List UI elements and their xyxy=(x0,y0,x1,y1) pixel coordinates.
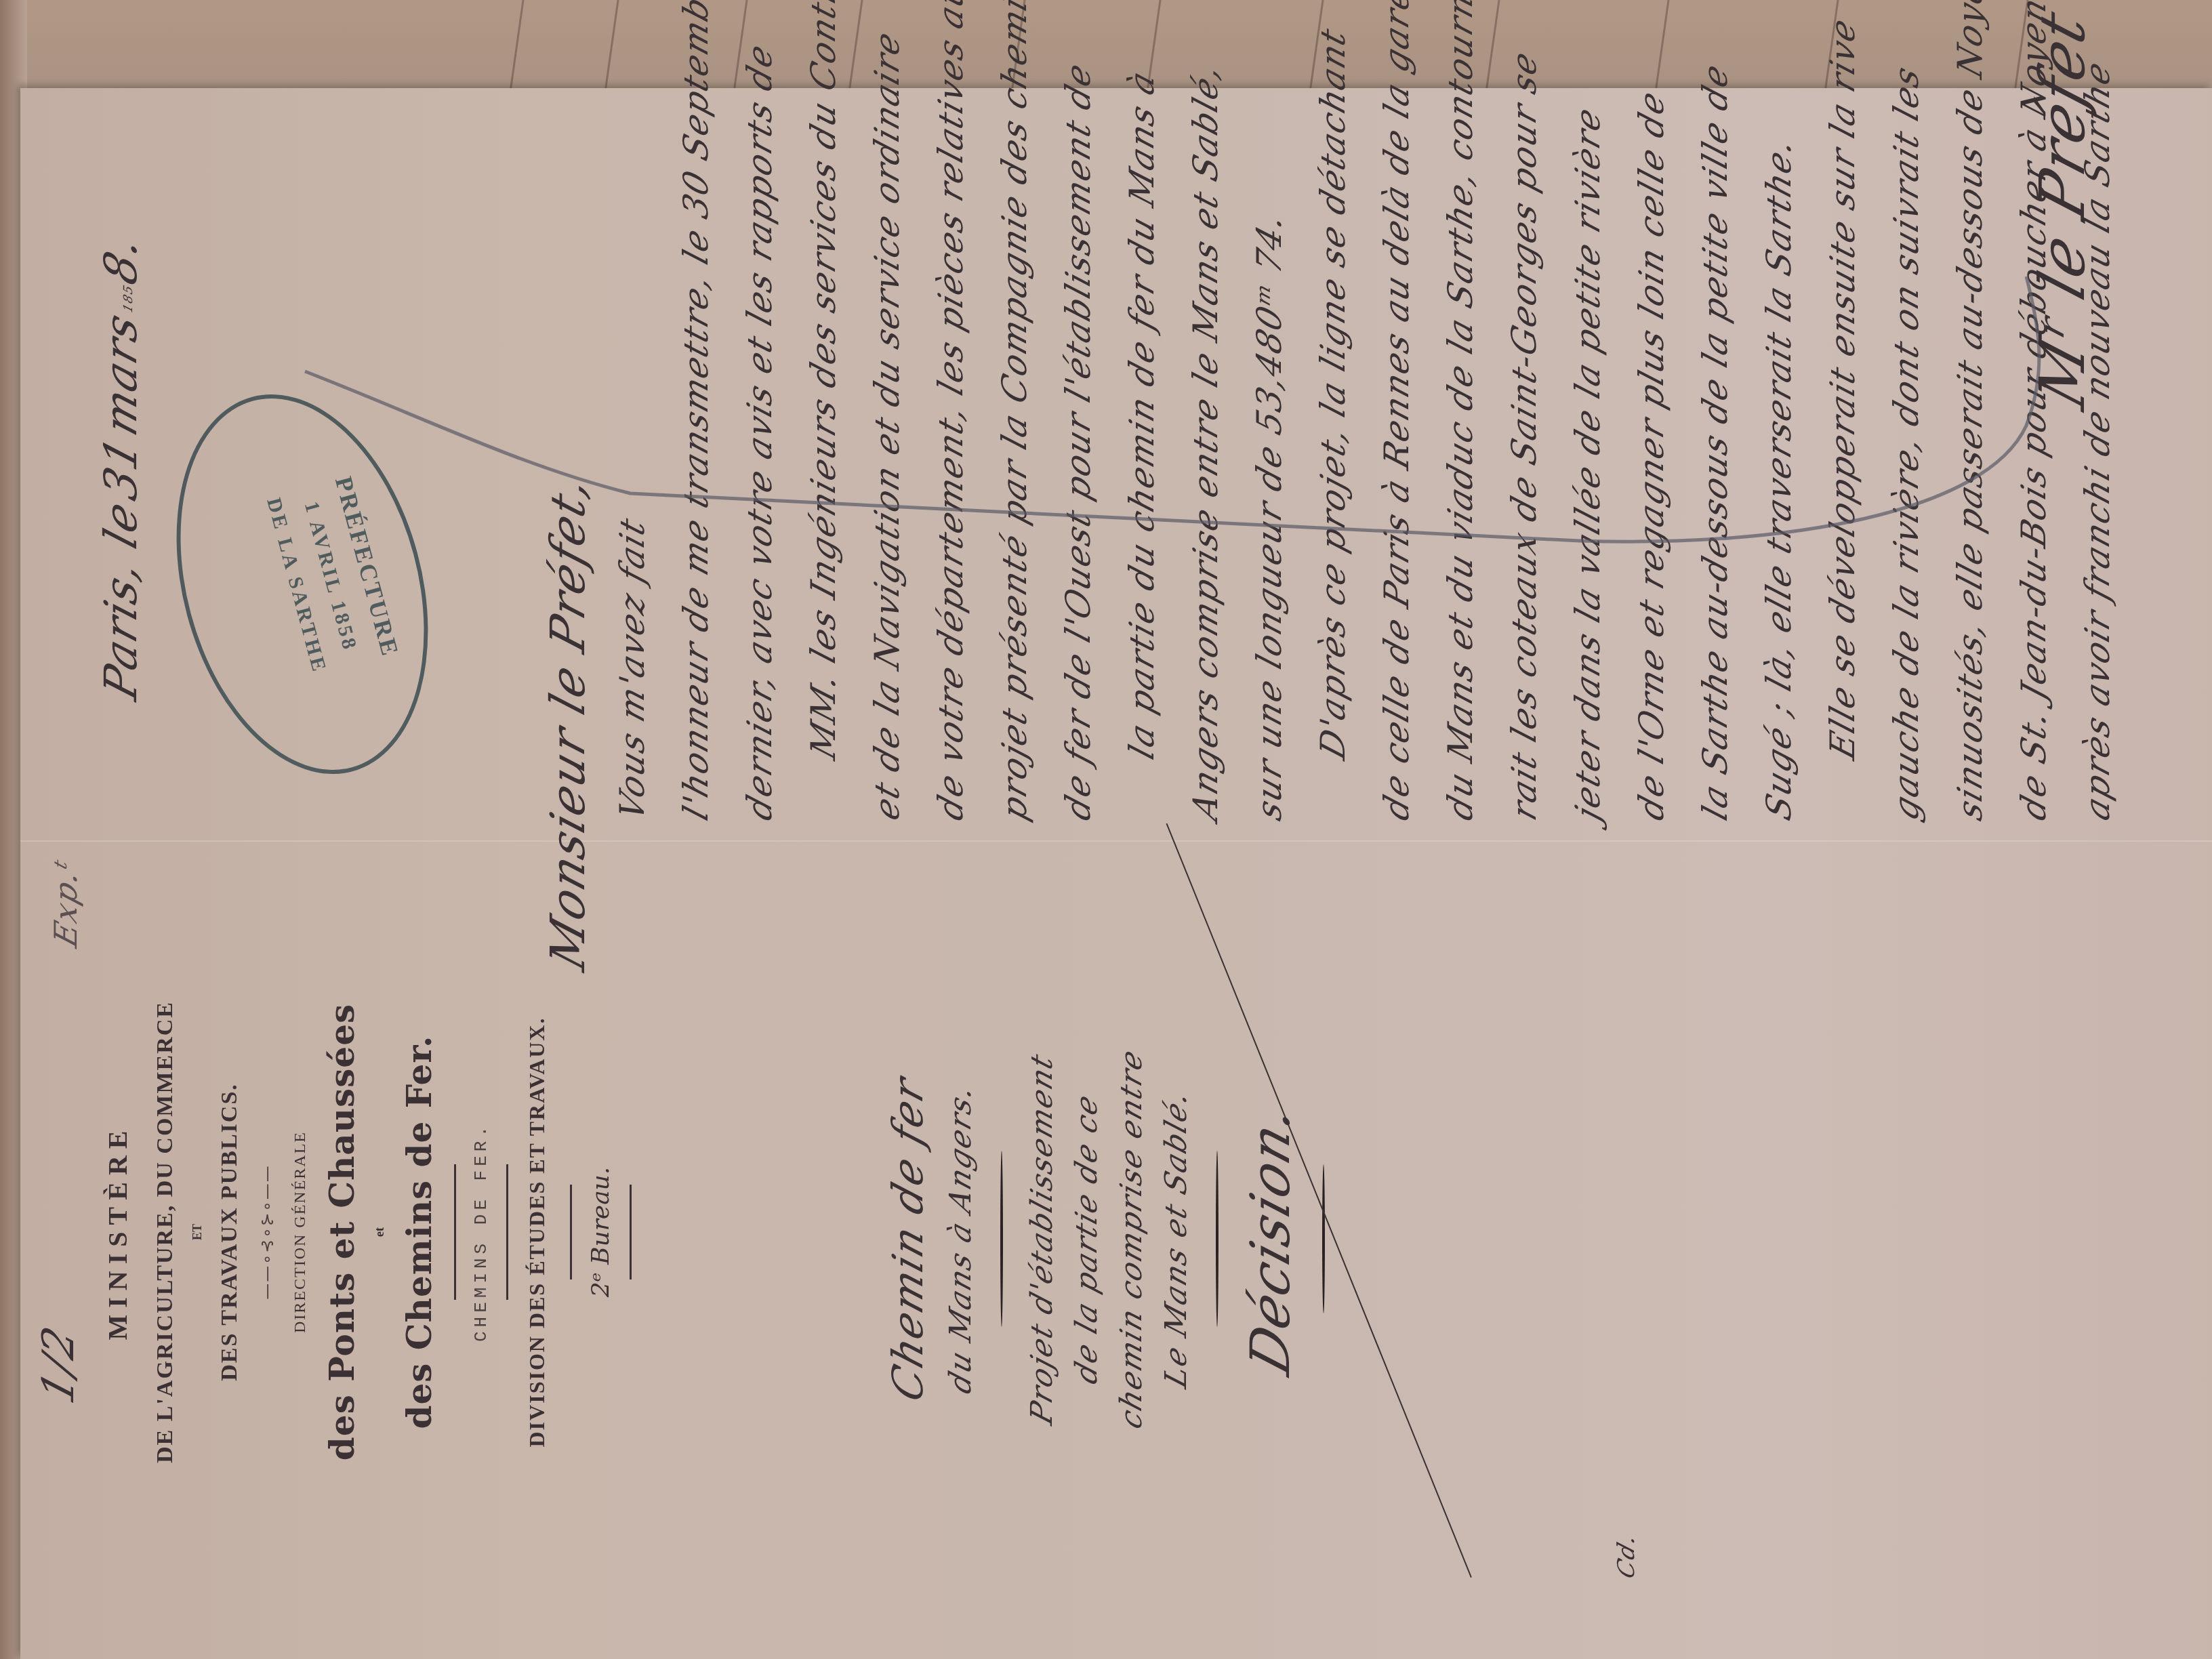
folio-number: 1/2 xyxy=(34,1319,84,1410)
divider xyxy=(1322,1164,1325,1313)
direction-line-2: des Chemins de Fer. xyxy=(399,859,439,1605)
letterhead: MINISTÈRE DE L'AGRICULTURE, DU COMMERCE … xyxy=(102,859,647,1605)
direction-label: DIRECTION GÉNÉRALE xyxy=(291,859,310,1605)
prefecture-stamp: PRÉFECTURE 1 AVRIL 1858 DE LA SARTHE xyxy=(137,366,468,802)
divider xyxy=(1216,1151,1218,1327)
body-line: dernier, avec votre avis et les rapports… xyxy=(728,90,792,829)
recipient-address: Mʳ le Préfet de la Sarthe. xyxy=(2026,0,2099,417)
body-line: Sugé ; là, elle traverserait la Sarthe. xyxy=(1747,90,1811,829)
subject-subtitle: du Mans à Angers. xyxy=(942,894,980,1584)
body-line: du Mans et du viaduc de la Sarthe, conto… xyxy=(1429,90,1492,829)
divider xyxy=(506,1164,508,1300)
bleed-through-ink xyxy=(602,0,619,102)
body-line: et de la Navigation et du service ordina… xyxy=(855,90,919,829)
date-year-prefix: 185 xyxy=(121,283,136,314)
body-line: sur une longueur de 53,480ᵐ 74. xyxy=(1237,90,1301,829)
body-line: Elle se développerait ensuite sur la riv… xyxy=(1811,90,1875,829)
ministry-line-2: DES TRAVAUX PUBLICS. xyxy=(217,859,243,1605)
body-line: de celle de Paris à Rennes au delà de la… xyxy=(1365,90,1429,829)
rotated-letter: 1/2 MINISTÈRE DE L'AGRICULTURE, DU COMME… xyxy=(20,88,2212,1659)
bleed-through-ink xyxy=(1483,0,1500,102)
bleed-through-ink xyxy=(508,0,524,102)
project-line: Le Mans et Sablé. xyxy=(1158,894,1195,1584)
subject-title: Chemin de fer xyxy=(881,891,935,1586)
body-line: la partie du chemin de fer du Mans à xyxy=(1110,90,1174,829)
body-line: gauche de la rivière, dont on suivrait l… xyxy=(1875,90,1938,829)
divider xyxy=(1000,1151,1003,1327)
date-month: mars xyxy=(95,306,147,442)
project-line: Projet d'établissement xyxy=(1023,894,1061,1584)
margin-subject: Chemin de fer du Mans à Angers. Projet d… xyxy=(881,900,1345,1578)
ministry-line-1: DE L'AGRICULTURE, DU COMMERCE xyxy=(152,859,178,1605)
body-line: de votre département, les pièces relativ… xyxy=(919,90,983,829)
body-line: l'honneur de me transmettre, le 30 Septe… xyxy=(664,90,728,829)
project-line: de la partie de ce xyxy=(1068,894,1106,1584)
direction-line-1: des Ponts et Chaussées xyxy=(322,859,362,1605)
expedition-annotation: Exp.ᵗ xyxy=(47,855,84,951)
ornament-divider: ——∘⊰∘⊱∘—— xyxy=(258,859,276,1605)
body-line: Angers comprise entre le Mans et Sablé, xyxy=(1174,90,1237,829)
direction-et: et xyxy=(373,859,387,1605)
body-line: projet présenté par la Compagnie des che… xyxy=(983,90,1046,829)
signoff-initials: Cd. xyxy=(1613,1530,1640,1582)
underlying-page xyxy=(0,0,2212,102)
date-day: 31 xyxy=(95,430,147,506)
decision-heading: Décision. xyxy=(1239,890,1302,1588)
salutation: Monsieur le Préfet, xyxy=(535,89,600,978)
body-line: Vous m'avez fait xyxy=(600,90,664,829)
date-place: Paris, le xyxy=(95,494,147,705)
body-line: D'après ce projet, la ligne se détachant xyxy=(1301,90,1365,829)
body-line: MM. les Ingénieurs des services du Contr… xyxy=(792,90,855,829)
divider xyxy=(454,1164,456,1300)
body-line: la Sarthe au-dessous de la petite ville … xyxy=(1683,90,1747,829)
body-line: jeter dans la vallée de la petite rivièr… xyxy=(1556,90,1620,829)
dateline: Paris, le 31 mars 1858. xyxy=(95,228,147,705)
body-line: rait les coteaux de Saint-Georges pour s… xyxy=(1492,90,1556,829)
division-label: DIVISION DES ÉTUDES ET TRAVAUX. xyxy=(525,859,550,1605)
date-year-suffix: 8. xyxy=(95,228,147,291)
body-line: de fer de l'Ouest pour l'établissement d… xyxy=(1046,90,1110,829)
ministry-heading: MINISTÈRE xyxy=(102,859,134,1605)
body-line: sinuosités, elle passerait au-dessous de… xyxy=(1938,90,2002,829)
body-line: de l'Orne et regagner plus loin celle de xyxy=(1620,90,1683,829)
section-label: CHEMINS DE FER. xyxy=(471,859,491,1605)
bleed-through-ink xyxy=(1653,0,1669,102)
project-line: chemin comprise entre xyxy=(1113,894,1151,1584)
letter-body: Monsieur le Préfet, Vous m'avez fait l'h… xyxy=(535,100,2129,819)
divider xyxy=(630,1185,632,1279)
divider xyxy=(570,1185,572,1279)
ministry-et: ET xyxy=(190,859,205,1605)
